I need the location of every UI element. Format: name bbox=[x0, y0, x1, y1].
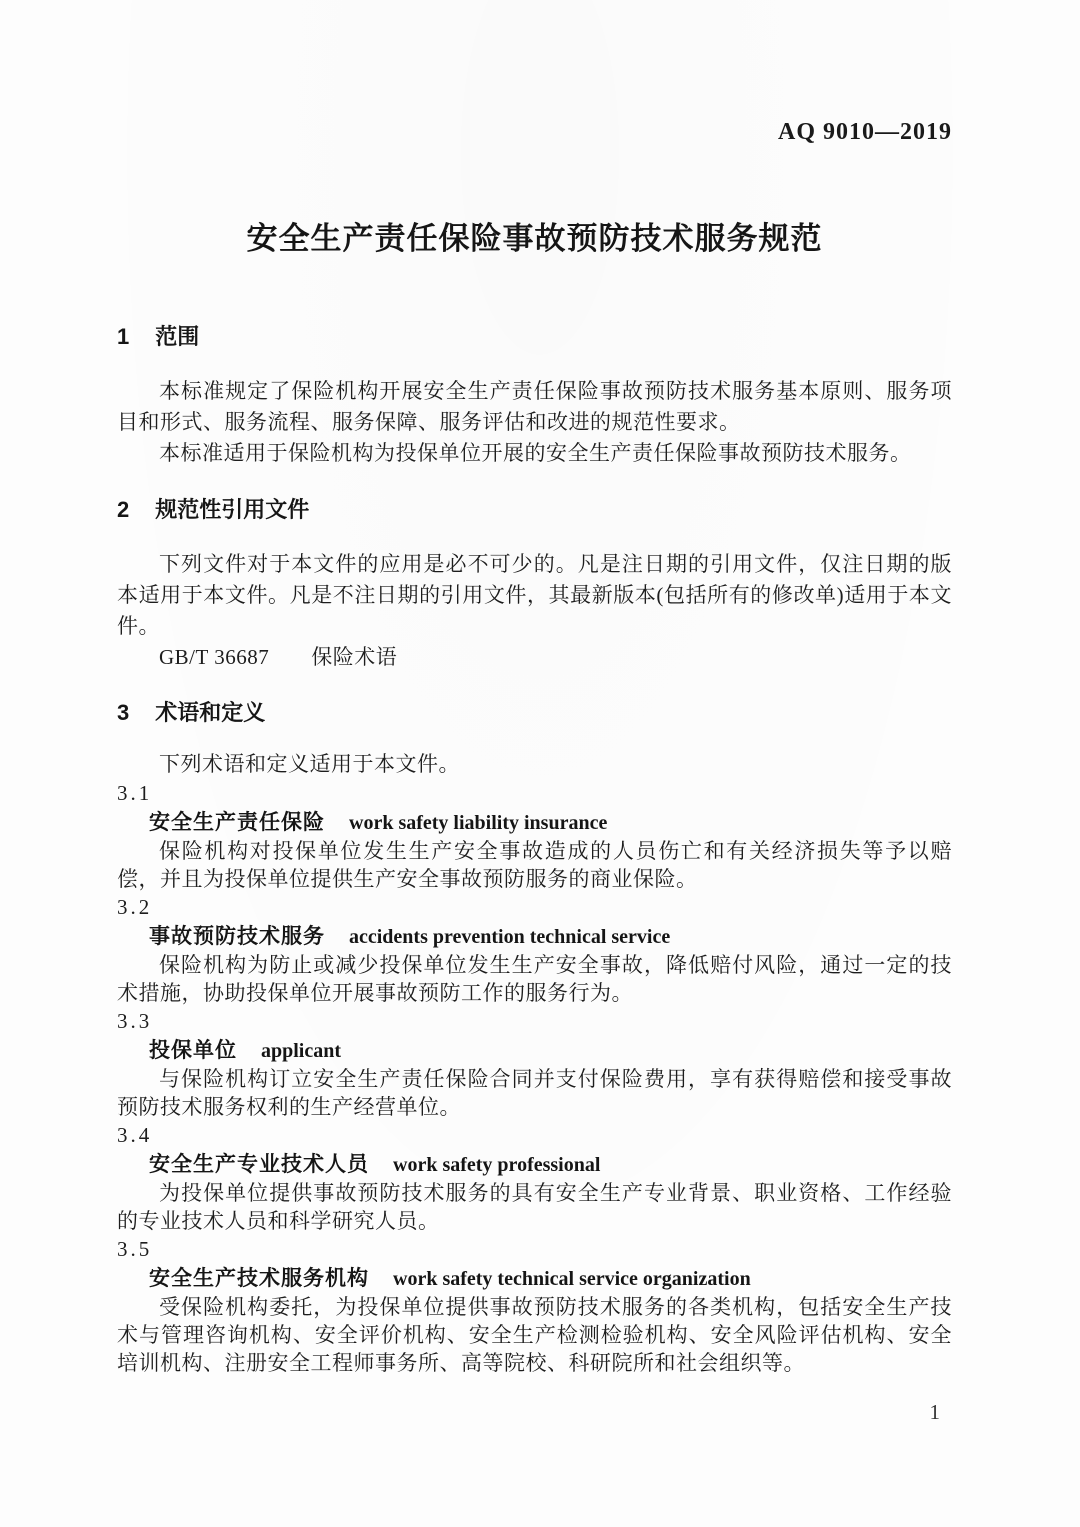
term-entry: 3.3 投保单位 applicant 与保险机构订立安全生产责任保险合同并支付保… bbox=[117, 1007, 952, 1121]
section-body: 下列文件对于本文件的应用是必不可少的。凡是注日期的引用文件，仅注日期的版本适用于… bbox=[117, 549, 952, 673]
terms-list: 下列术语和定义适用于本文件。 3.1 安全生产责任保险 work safety … bbox=[117, 750, 952, 1377]
term-number: 3.5 bbox=[117, 1235, 952, 1263]
term-name-en: applicant bbox=[261, 1037, 341, 1065]
section-terms-definitions: 3 术语和定义 下列术语和定义适用于本文件。 3.1 安全生产责任保险 work… bbox=[117, 698, 952, 1377]
reference-title: 保险术语 bbox=[311, 645, 397, 669]
section-scope: 1 范围 本标准规定了保险机构开展安全生产责任保险事故预防技术服务基本原则、服务… bbox=[117, 322, 952, 469]
term-definition: 保险机构对投保单位发生生产安全事故造成的人员伤亡和有关经济损失等予以赔偿，并且为… bbox=[117, 837, 952, 893]
page-number: 1 bbox=[930, 1400, 941, 1425]
term-name-zh: 安全生产专业技术人员 bbox=[149, 1151, 369, 1179]
section-number: 2 bbox=[117, 495, 129, 525]
term-name-en: work safety technical service organizati… bbox=[393, 1265, 751, 1293]
section-normative-references: 2 规范性引用文件 下列文件对于本文件的应用是必不可少的。凡是注日期的引用文件，… bbox=[117, 495, 952, 673]
section-title: 规范性引用文件 bbox=[155, 495, 309, 525]
section-number: 3 bbox=[117, 698, 129, 728]
term-name-zh: 安全生产技术服务机构 bbox=[149, 1265, 369, 1293]
standard-code: AQ 9010—2019 bbox=[117, 120, 952, 144]
term-number: 3.1 bbox=[117, 779, 952, 807]
term-entry: 3.1 安全生产责任保险 work safety liability insur… bbox=[117, 779, 952, 893]
term-name-en: accidents prevention technical service bbox=[349, 923, 670, 951]
term-definition: 为投保单位提供事故预防技术服务的具有安全生产专业背景、职业资格、工作经验的专业技… bbox=[117, 1179, 952, 1235]
term-definition: 受保险机构委托，为投保单位提供事故预防技术服务的各类机构，包括安全生产技术与管理… bbox=[117, 1293, 952, 1377]
page-title: 安全生产责任保险事故预防技术服务规范 bbox=[117, 218, 952, 260]
term-number: 3.4 bbox=[117, 1121, 952, 1149]
paragraph: 本标准规定了保险机构开展安全生产责任保险事故预防技术服务基本原则、服务项目和形式… bbox=[117, 376, 952, 438]
section-heading: 3 术语和定义 bbox=[117, 698, 952, 728]
section-heading: 1 范围 bbox=[117, 322, 952, 352]
section-body: 本标准规定了保险机构开展安全生产责任保险事故预防技术服务基本原则、服务项目和形式… bbox=[117, 376, 952, 469]
section-title: 范围 bbox=[155, 322, 199, 352]
terms-intro: 下列术语和定义适用于本文件。 bbox=[117, 750, 952, 779]
term-name-en: work safety liability insurance bbox=[349, 809, 607, 837]
term-definition: 保险机构为防止或减少投保单位发生生产安全事故，降低赔付风险，通过一定的技术措施，… bbox=[117, 951, 952, 1007]
term-entry: 3.4 安全生产专业技术人员 work safety professional … bbox=[117, 1121, 952, 1235]
term-heading: 安全生产技术服务机构 work safety technical service… bbox=[117, 1265, 952, 1293]
term-heading: 投保单位 applicant bbox=[117, 1037, 952, 1065]
section-heading: 2 规范性引用文件 bbox=[117, 495, 952, 525]
paragraph: 下列文件对于本文件的应用是必不可少的。凡是注日期的引用文件，仅注日期的版本适用于… bbox=[117, 549, 952, 642]
term-heading: 事故预防技术服务 accidents prevention technical … bbox=[117, 923, 952, 951]
term-name-zh: 投保单位 bbox=[149, 1037, 237, 1065]
reference-code: GB/T 36687 bbox=[159, 645, 269, 669]
term-entry: 3.2 事故预防技术服务 accidents prevention techni… bbox=[117, 893, 952, 1007]
section-number: 1 bbox=[117, 322, 129, 352]
term-name-zh: 安全生产责任保险 bbox=[149, 809, 325, 837]
paragraph: 本标准适用于保险机构为投保单位开展的安全生产责任保险事故预防技术服务。 bbox=[117, 438, 952, 469]
section-title: 术语和定义 bbox=[155, 698, 265, 728]
term-heading: 安全生产责任保险 work safety liability insurance bbox=[117, 809, 952, 837]
term-name-en: work safety professional bbox=[393, 1151, 600, 1179]
document-page: AQ 9010—2019 安全生产责任保险事故预防技术服务规范 1 范围 本标准… bbox=[0, 0, 1080, 1527]
term-number: 3.3 bbox=[117, 1007, 952, 1035]
reference-item: GB/T 36687保险术语 bbox=[117, 642, 952, 673]
term-name-zh: 事故预防技术服务 bbox=[149, 923, 325, 951]
term-definition: 与保险机构订立安全生产责任保险合同并支付保险费用，享有获得赔偿和接受事故预防技术… bbox=[117, 1065, 952, 1121]
term-entry: 3.5 安全生产技术服务机构 work safety technical ser… bbox=[117, 1235, 952, 1377]
term-number: 3.2 bbox=[117, 893, 952, 921]
term-heading: 安全生产专业技术人员 work safety professional bbox=[117, 1151, 952, 1179]
